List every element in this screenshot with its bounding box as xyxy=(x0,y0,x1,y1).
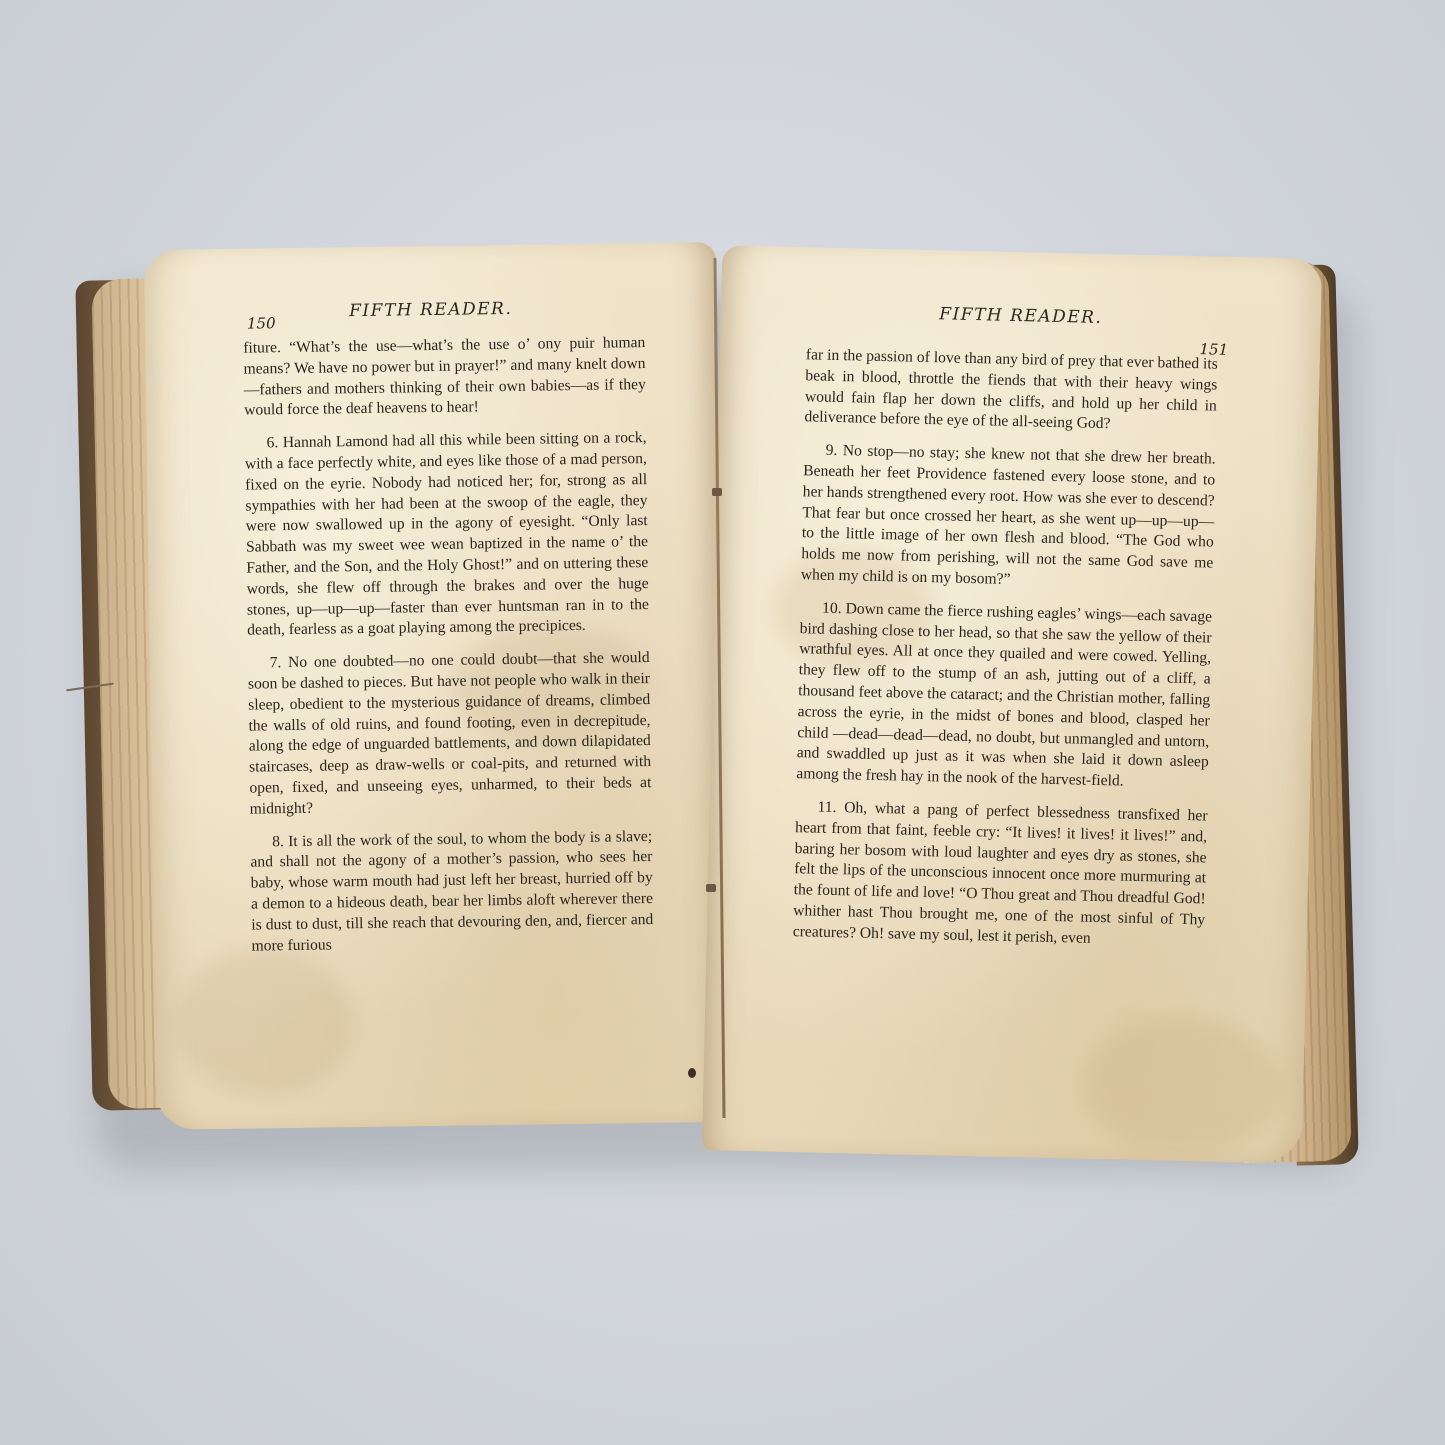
binding-hole xyxy=(688,1068,696,1078)
paragraph-6: 6. Hannah Lamond had all this while been… xyxy=(244,428,649,642)
binding-stitch xyxy=(712,488,722,496)
left-page: FIFTH READER. 150 fiture. “What’s the us… xyxy=(144,242,728,1130)
paragraph-10: 10. Down came the fierce rushing eagles’… xyxy=(796,598,1212,794)
paper-stain xyxy=(1082,1014,1285,1159)
binding-stitch xyxy=(706,884,716,892)
running-head: FIFTH READER. xyxy=(721,299,1321,333)
page-number: 150 xyxy=(247,314,276,332)
page-body: far in the passion of love than any bird… xyxy=(792,345,1218,964)
paragraph-8: 8. It is all the work of the soul, to wh… xyxy=(250,827,654,957)
open-book: FIFTH READER. 150 fiture. “What’s the us… xyxy=(0,0,1445,1445)
paragraph-continuation: fiture. “What’s the use—what’s the use o… xyxy=(243,333,646,422)
page-body: fiture. “What’s the use—what’s the use o… xyxy=(243,333,654,969)
right-page: FIFTH READER. 151 far in the passion of … xyxy=(702,245,1322,1163)
paragraph-11: 11. Oh, what a pang of perfect blessedne… xyxy=(793,797,1208,952)
paragraph-continuation: far in the passion of love than any bird… xyxy=(804,345,1218,438)
paper-stain xyxy=(174,947,356,1099)
paragraph-7: 7. No one doubted—no one could doubt—tha… xyxy=(248,648,652,820)
running-head: FIFTH READER. xyxy=(145,296,717,324)
paragraph-9: 9. No stop—no stay; she knew not that sh… xyxy=(801,440,1216,595)
